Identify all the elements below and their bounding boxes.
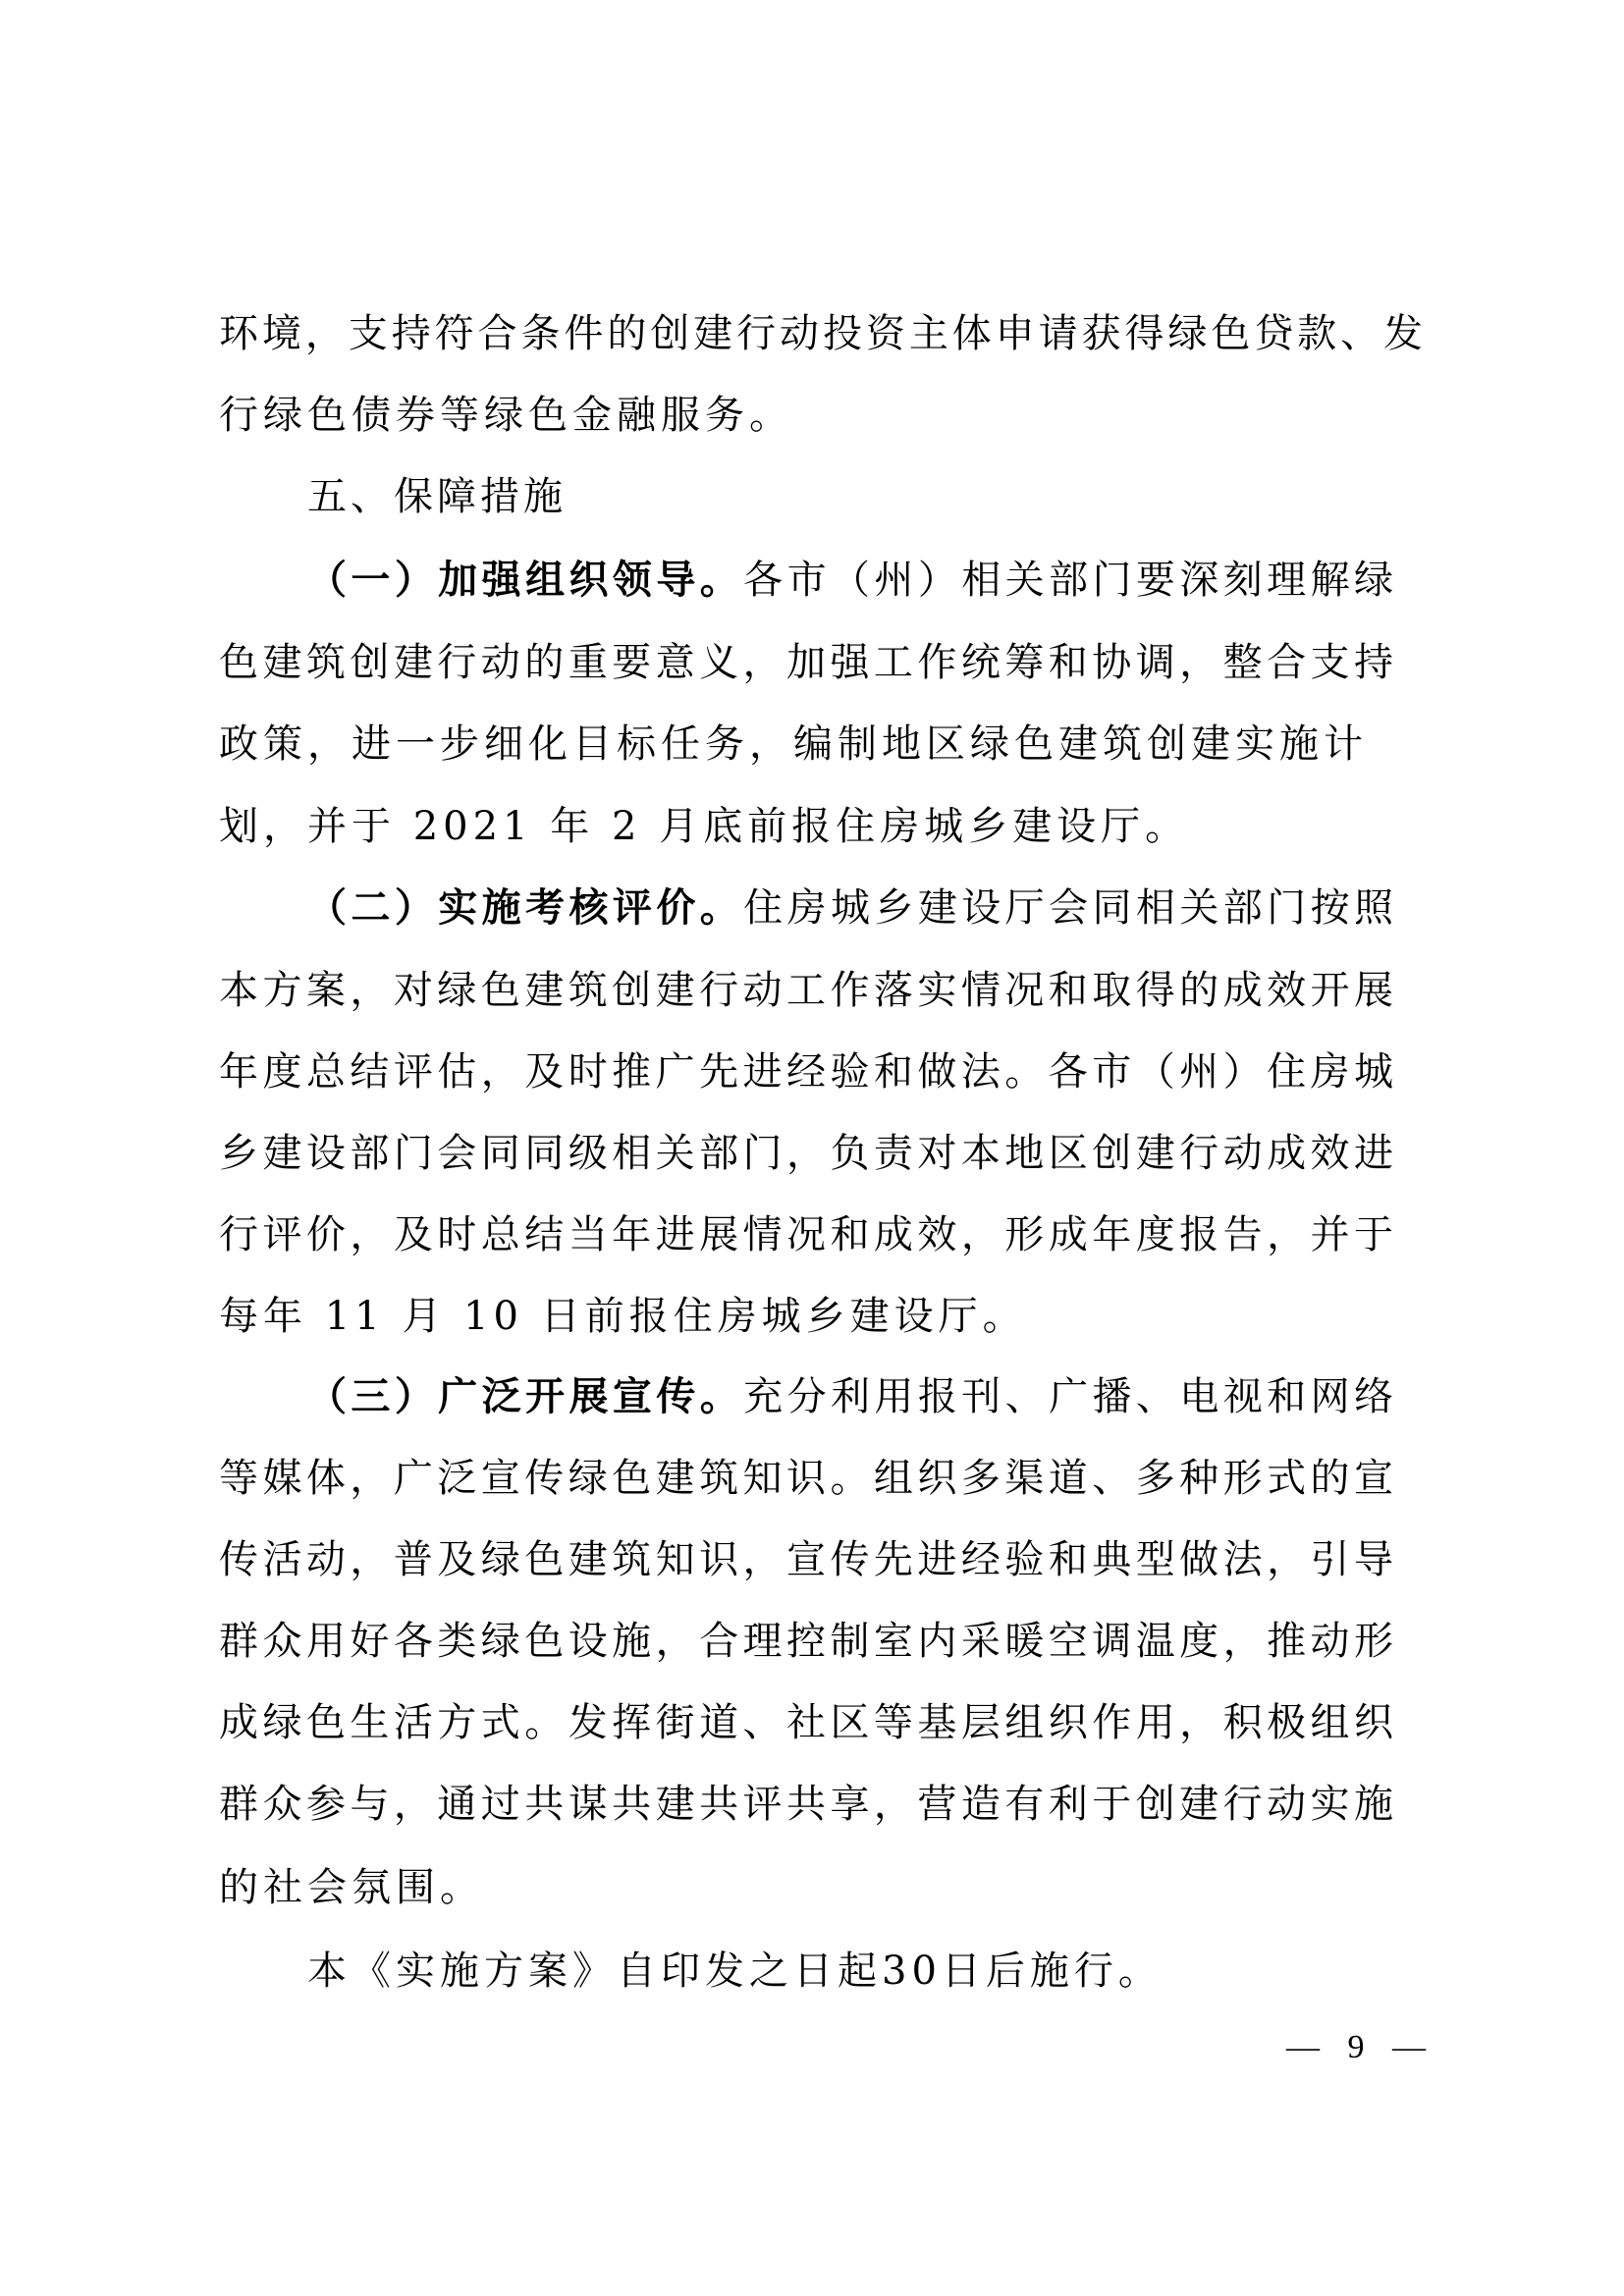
paragraph-line: 年度总结评估，及时推广先进经验和做法。各市（州）住房城 (219, 1048, 1393, 1095)
paragraph-line: 政策，进一步细化目标任务，编制地区绿色建筑创建实施计 (219, 721, 1368, 768)
paragraph-line: 成绿色生活方式。发挥街道、社区等基层组织作用，积极组织 (219, 1699, 1393, 1746)
paragraph-line: 行评价，及时总结当年进展情况和成效，形成年度报告，并于 (219, 1211, 1393, 1258)
closing-statement: 本《实施方案》自印发之日起30日后施行。 (307, 1948, 1163, 1995)
subsection-line: （一）加强组织领导。各市（州）相关部门要深刻理解绿 (307, 557, 1393, 604)
paragraph-line: 的社会氛围。 (219, 1864, 484, 1911)
paragraph-line: 划，并于 2021 年 2 月底前报住房城乡建设厅。 (219, 803, 1189, 850)
subsection-heading: （一）加强组织领导。 (307, 557, 743, 603)
subsection-heading: （三）广泛开展宣传。 (307, 1373, 743, 1419)
document-page: 环境，支持符合条件的创建行动投资主体申请获得绿色贷款、发 行绿色债券等绿色金融服… (0, 0, 1624, 2296)
paragraph-line: 传活动，普及绿色建筑知识，宣传先进经验和典型做法，引导 (219, 1536, 1393, 1583)
paragraph-text: 充分利用报刊、广播、电视和网络 (743, 1374, 1393, 1419)
section-heading: 五、保障措施 (307, 473, 567, 520)
paragraph-text: 住房城乡建设厅会同相关部门按照 (743, 885, 1393, 931)
paragraph-line: 行绿色债券等绿色金融服务。 (219, 392, 793, 439)
subsection-line: （三）广泛开展宣传。充分利用报刊、广播、电视和网络 (307, 1373, 1393, 1420)
paragraph-line: 每年 11 月 10 日前报住房城乡建设厅。 (219, 1293, 1027, 1340)
paragraph-text: 各市（州）相关部门要深刻理解绿 (743, 558, 1393, 603)
paragraph-line: 色建筑创建行动的重要意义，加强工作统筹和协调，整合支持 (219, 639, 1393, 686)
subsection-heading: （二）实施考核评价。 (307, 884, 743, 931)
paragraph-line: 群众参与，通过共谋共建共评共享，营造有利于创建行动实施 (219, 1781, 1393, 1828)
paragraph-line: 群众用好各类绿色设施，合理控制室内采暖空调温度，推动形 (219, 1618, 1393, 1665)
page-number: — 9 — (1286, 2028, 1426, 2067)
paragraph-line: 等媒体，广泛宣传绿色建筑知识。组织多渠道、多种形式的宣 (219, 1455, 1393, 1502)
paragraph-line: 本方案，对绿色建筑创建行动工作落实情况和取得的成效开展 (219, 967, 1393, 1014)
subsection-line: （二）实施考核评价。住房城乡建设厅会同相关部门按照 (307, 884, 1393, 932)
paragraph-line: 乡建设部门会同同级相关部门，负责对本地区创建行动成效进 (219, 1130, 1393, 1177)
paragraph-line: 环境，支持符合条件的创建行动投资主体申请获得绿色贷款、发 (219, 310, 1423, 357)
